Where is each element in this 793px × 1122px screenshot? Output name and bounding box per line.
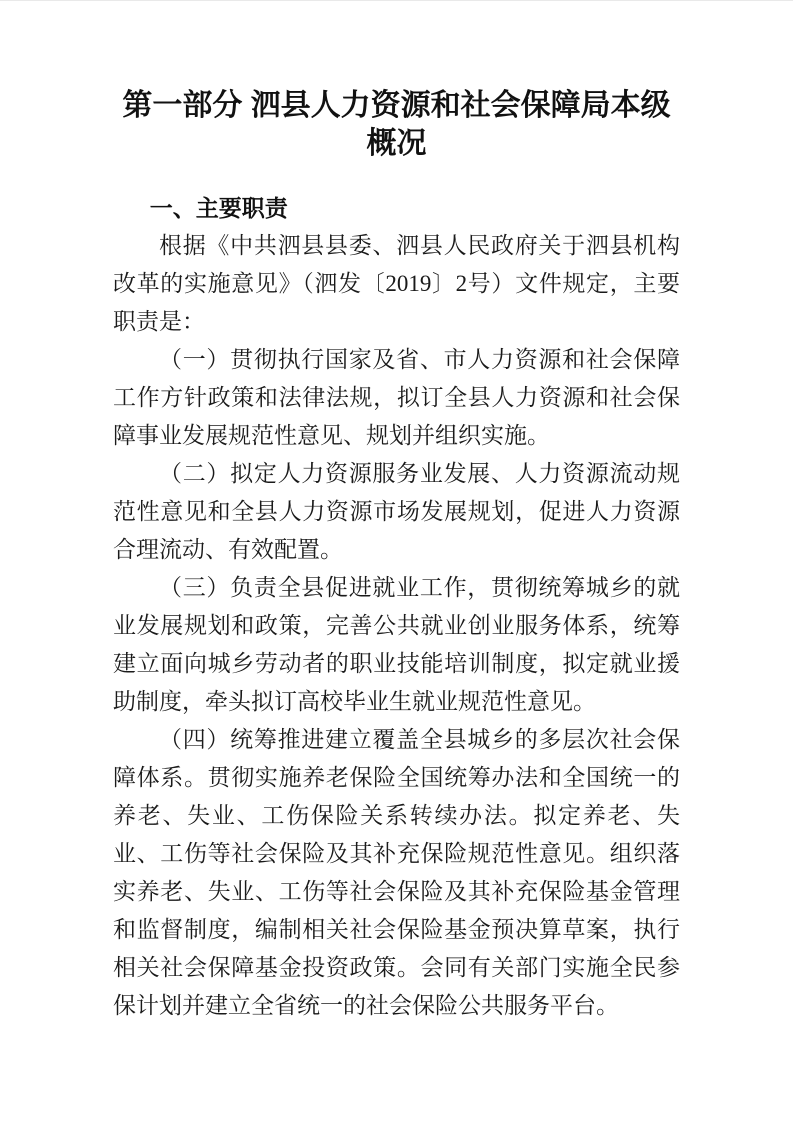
paragraph-duty-4: （四）统筹推进建立覆盖全县城乡的多层次社会保障体系。贯彻实施养老保险全国统筹办法… bbox=[113, 721, 680, 1025]
paragraph-intro: 根据《中共泗县县委、泗县人民政府关于泗县机构改革的实施意见》（泗发〔2019〕2… bbox=[113, 227, 680, 341]
section-heading-main-duties: 一、主要职责 bbox=[113, 189, 680, 227]
document-body: 根据《中共泗县县委、泗县人民政府关于泗县机构改革的实施意见》（泗发〔2019〕2… bbox=[113, 227, 680, 1025]
document-title: 第一部分 泗县人力资源和社会保障局本级概况 bbox=[113, 87, 680, 163]
paragraph-duty-2: （二）拟定人力资源服务业发展、人力资源流动规范性意见和全县人力资源市场发展规划，… bbox=[113, 455, 680, 569]
paragraph-duty-1: （一）贯彻执行国家及省、市人力资源和社会保障工作方针政策和法律法规，拟订全县人力… bbox=[113, 341, 680, 455]
document-page: 第一部分 泗县人力资源和社会保障局本级概况 一、主要职责 根据《中共泗县县委、泗… bbox=[0, 0, 793, 1122]
paragraph-duty-3: （三）负责全县促进就业工作，贯彻统筹城乡的就业发展规划和政策，完善公共就业创业服… bbox=[113, 569, 680, 721]
